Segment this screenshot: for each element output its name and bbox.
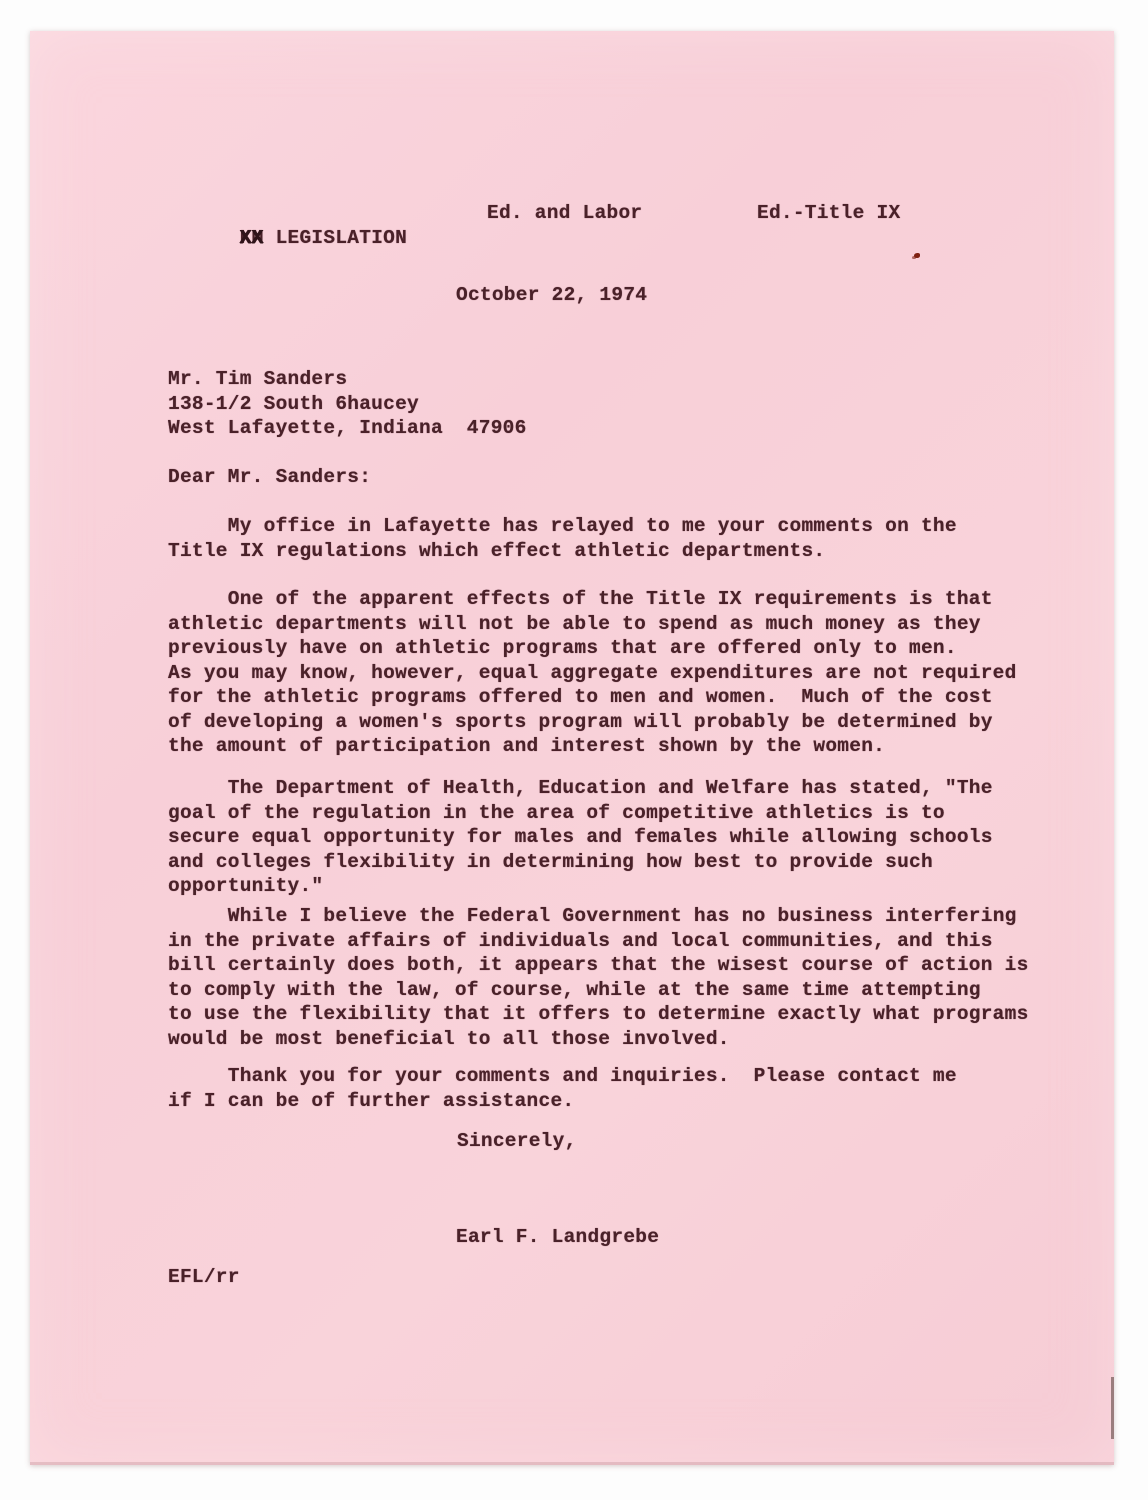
letter-date: October 22, 1974 — [456, 283, 647, 308]
body-paragraph-4: While I believe the Federal Government h… — [168, 904, 1088, 1051]
header-tag: KMXX LEGISLATION — [168, 201, 407, 275]
body-paragraph-3: The Department of Health, Education and … — [168, 776, 1068, 899]
paper-edge-shadow — [1111, 1377, 1114, 1439]
header-committee: Ed. and Labor — [487, 201, 642, 226]
struck-out-text: KMXX — [240, 226, 264, 251]
body-paragraph-5: Thank you for your comments and inquirie… — [168, 1064, 1068, 1113]
header-tag-label: LEGISLATION — [264, 227, 407, 249]
signature-name: Earl F. Landgrebe — [456, 1225, 659, 1250]
scanned-letter-page: KMXX LEGISLATION Ed. and Labor Ed.-Title… — [0, 0, 1148, 1500]
overstrike-x-chars: XX — [240, 226, 264, 251]
recipient-address: Mr. Tim Sanders 138-1/2 South 6haucey We… — [168, 367, 527, 441]
typist-initials: EFL/rr — [168, 1265, 240, 1290]
valediction: Sincerely, — [457, 1129, 577, 1154]
ink-speck — [914, 253, 920, 258]
pink-letter-paper: KMXX LEGISLATION Ed. and Labor Ed.-Title… — [30, 31, 1114, 1465]
body-paragraph-2: One of the apparent effects of the Title… — [168, 587, 1068, 759]
paper-bottom-edge — [30, 1462, 1114, 1465]
salutation: Dear Mr. Sanders: — [168, 465, 371, 490]
header-subject: Ed.-Title IX — [757, 201, 900, 226]
body-paragraph-1: My office in Lafayette has relayed to me… — [168, 514, 1068, 563]
